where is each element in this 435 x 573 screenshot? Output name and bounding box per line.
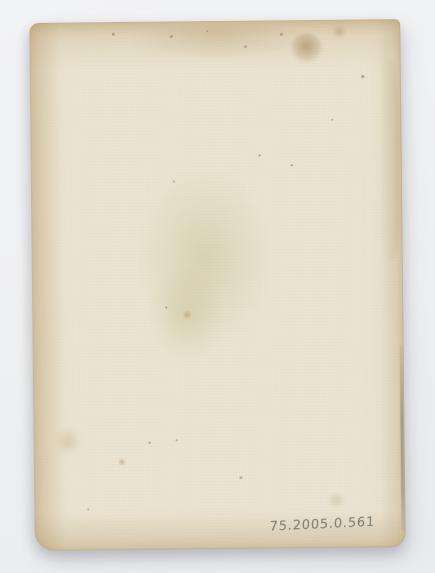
accession-number: 75.2005.0.561 <box>269 515 375 535</box>
stain-upper-right-edge <box>379 60 401 260</box>
backdrop: 75.2005.0.561 <box>0 0 435 573</box>
stain-blotch-lower-left <box>52 428 82 454</box>
stain-spot-lower-left <box>118 458 126 466</box>
edge-wear-right <box>400 345 405 530</box>
stain-top-edge-band <box>130 25 305 61</box>
stain-top-right-small <box>330 26 348 38</box>
foxing-specks <box>30 24 32 26</box>
stain-dot-center <box>182 310 192 319</box>
stain-top-right-blotch <box>290 33 322 63</box>
photo-card-back: 75.2005.0.561 <box>29 19 406 551</box>
stain-blotch-lower-right <box>327 493 345 508</box>
